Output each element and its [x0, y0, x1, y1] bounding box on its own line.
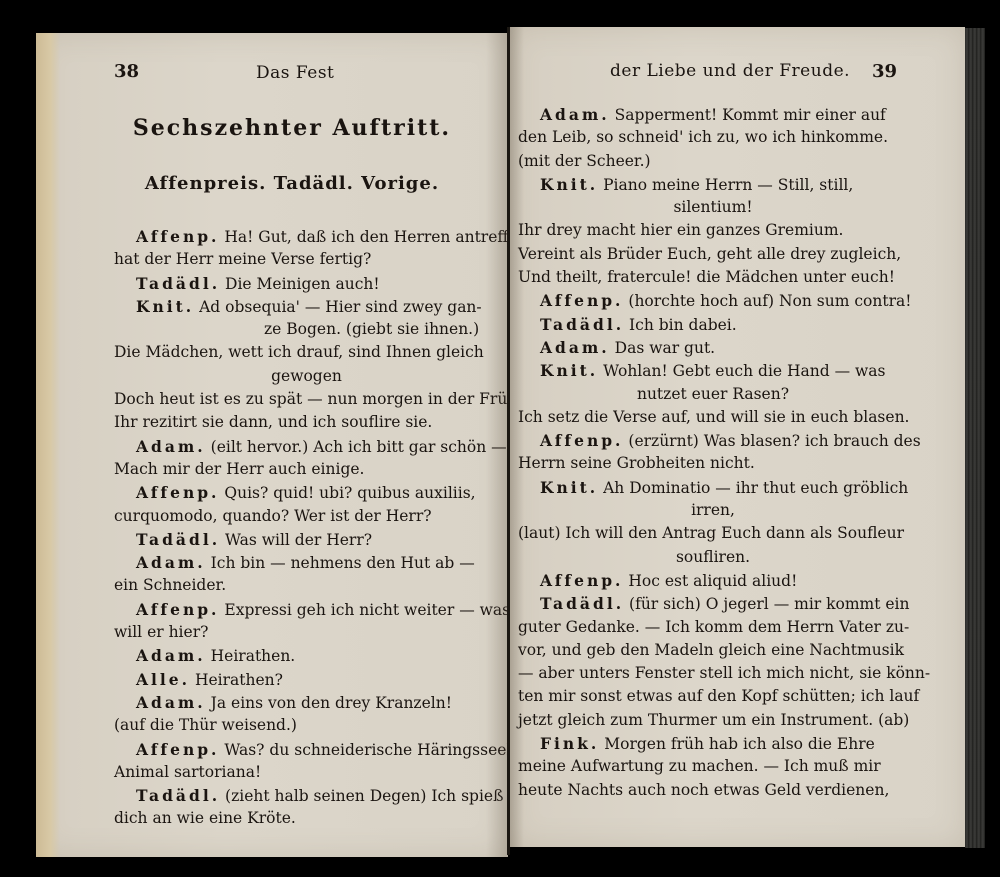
line-text: Was? du schneiderische Häringsseel!	[219, 741, 517, 759]
line-text: Ich bin — nehmens den Hut ab —	[206, 554, 475, 572]
text-line: Tadädl. Ich bin dabei.	[518, 313, 908, 336]
line-text: heute Nachts auch noch etwas Geld verdie…	[518, 781, 889, 799]
line-text: guter Gedanke. — Ich komm dem Herrn Vate…	[518, 618, 909, 636]
speaker-name: Knit.	[540, 175, 598, 194]
speaker-name: Adam.	[136, 437, 206, 456]
text-line: Adam. Sapperment! Kommt mir einer auf	[518, 103, 908, 126]
text-line: (mit der Scheer.)	[518, 150, 908, 173]
text-line: Ihr rezitirt sie dann, und ich souflire …	[114, 411, 499, 434]
line-text: irren,	[691, 501, 735, 519]
text-line: Die Mädchen, wett ich drauf, sind Ihnen …	[114, 341, 499, 364]
speaker-name: Alle.	[136, 670, 190, 689]
scene-title: Sechszehnter Auftritt.	[76, 115, 508, 141]
line-text: Ha! Gut, daß ich den Herren antreff,	[219, 228, 512, 246]
line-text: Ja eins von den drey Kranzeln!	[206, 694, 452, 712]
text-line: Affenp. Was? du schneiderische Häringsse…	[114, 738, 499, 761]
line-text: Wohlan! Gebt euch die Hand — was	[598, 362, 885, 380]
line-text: Heirathen?	[190, 671, 283, 689]
right-page: der Liebe und der Freude. 39 Adam. Sappe…	[510, 27, 965, 847]
text-line: Tadädl. (für sich) O jegerl — mir kommt …	[518, 592, 908, 615]
text-line: curquomodo, quando? Wer ist der Herr?	[114, 505, 499, 528]
line-text: (horchte hoch auf) Non sum contra!	[623, 292, 911, 310]
text-line: irren,	[518, 499, 908, 522]
text-line: Adam. Ich bin — nehmens den Hut ab —	[114, 551, 499, 574]
text-line: Adam. (eilt hervor.) Ach ich bitt gar sc…	[114, 435, 499, 458]
line-text: Heirathen.	[206, 647, 296, 665]
line-text: Expressi geh ich nicht weiter — was	[219, 601, 510, 619]
line-text: Ah Dominatio — ihr thut euch gröblich	[598, 479, 908, 497]
page-body: Affenp. Ha! Gut, daß ich den Herren antr…	[114, 225, 499, 831]
speaker-name: Tadädl.	[136, 274, 220, 293]
text-line: Doch heut ist es zu spät — nun morgen in…	[114, 388, 499, 411]
speaker-name: Affenp.	[136, 483, 219, 502]
line-text: hat der Herr meine Verse fertig?	[114, 250, 371, 268]
line-text: Sapperment! Kommt mir einer auf	[610, 106, 886, 124]
line-text: (zieht halb seinen Degen) Ich spieß	[220, 787, 503, 805]
text-line: Affenp. (erzürnt) Was blasen? ich brauch…	[518, 429, 908, 452]
line-text: Ad obsequia' — Hier sind zwey gan-	[194, 298, 481, 316]
speaker-name: Affenp.	[540, 431, 623, 450]
speaker-name: Knit.	[540, 478, 598, 497]
text-line: Tadädl. Was will der Herr?	[114, 528, 499, 551]
line-text: (eilt hervor.) Ach ich bitt gar schön —	[206, 438, 507, 456]
text-line: Adam. Heirathen.	[114, 644, 499, 667]
speaker-name: Tadädl.	[136, 786, 220, 805]
text-line: ten mir sonst etwas auf den Kopf schütte…	[518, 685, 908, 708]
line-text: Das war gut.	[610, 339, 715, 357]
text-line: Adam. Das war gut.	[518, 336, 908, 359]
text-line: Knit. Piano meine Herrn — Still, still,	[518, 173, 908, 196]
text-line: guter Gedanke. — Ich komm dem Herrn Vate…	[518, 616, 908, 639]
line-text: gewogen	[271, 367, 342, 385]
speaker-name: Affenp.	[540, 571, 623, 590]
speaker-name: Adam.	[136, 553, 206, 572]
line-text: vor, und geb den Madeln gleich eine Nach…	[518, 641, 904, 659]
line-text: Die Mädchen, wett ich drauf, sind Ihnen …	[114, 343, 484, 361]
text-line: nutzet euer Rasen?	[518, 383, 908, 406]
speaker-name: Adam.	[540, 105, 610, 124]
line-text: (mit der Scheer.)	[518, 152, 651, 170]
text-line: dich an wie eine Kröte.	[114, 807, 499, 830]
line-text: curquomodo, quando? Wer ist der Herr?	[114, 507, 432, 525]
line-text: ein Schneider.	[114, 576, 226, 594]
text-line: Mach mir der Herr auch einige.	[114, 458, 499, 481]
text-line: Knit. Ah Dominatio — ihr thut euch gröbl…	[518, 476, 908, 499]
line-text: Und theilt, fratercule! die Mädchen unte…	[518, 268, 895, 286]
line-text: Hoc est aliquid aliud!	[623, 572, 797, 590]
line-text: Ich setz die Verse auf, und will sie in …	[518, 408, 909, 426]
page-number: 39	[872, 61, 897, 82]
speaker-name: Adam.	[540, 338, 610, 357]
line-text: — aber unters Fenster stell ich mich nic…	[518, 664, 930, 682]
line-text: silentium!	[673, 198, 752, 216]
text-line: Ihr drey macht hier ein ganzes Gremium.	[518, 219, 908, 242]
book-edge	[965, 28, 985, 848]
line-text: dich an wie eine Kröte.	[114, 809, 296, 827]
text-line: — aber unters Fenster stell ich mich nic…	[518, 662, 908, 685]
text-line: Affenp. Quis? quid! ubi? quibus auxiliis…	[114, 481, 499, 504]
text-line: (laut) Ich will den Antrag Euch dann als…	[518, 522, 908, 545]
line-text: Ich bin dabei.	[624, 316, 737, 334]
page-body: Adam. Sapperment! Kommt mir einer aufden…	[518, 103, 908, 802]
speaker-name: Affenp.	[540, 291, 623, 310]
text-line: Tadädl. (zieht halb seinen Degen) Ich sp…	[114, 784, 499, 807]
line-text: nutzet euer Rasen?	[637, 385, 789, 403]
text-line: Vereint als Brüder Euch, geht alle drey …	[518, 243, 908, 266]
speaker-name: Affenp.	[136, 227, 219, 246]
text-line: Affenp. Ha! Gut, daß ich den Herren antr…	[114, 225, 499, 248]
speaker-name: Knit.	[136, 297, 194, 316]
text-line: Adam. Ja eins von den drey Kranzeln!	[114, 691, 499, 714]
line-text: (für sich) O jegerl — mir kommt ein	[624, 595, 909, 613]
text-line: silentium!	[518, 196, 908, 219]
text-line: Knit. Wohlan! Gebt euch die Hand — was	[518, 359, 908, 382]
speaker-name: Knit.	[540, 361, 598, 380]
line-text: Mach mir der Herr auch einige.	[114, 460, 364, 478]
speaker-name: Fink.	[540, 734, 599, 753]
line-text: Doch heut ist es zu spät — nun morgen in…	[114, 390, 522, 408]
speaker-name: Tadädl.	[540, 594, 624, 613]
text-line: Herrn seine Grobheiten nicht.	[518, 452, 908, 475]
text-line: ze Bogen. (giebt sie ihnen.)	[114, 318, 499, 341]
line-text: Quis? quid! ubi? quibus auxiliis,	[219, 484, 475, 502]
text-line: Animal sartoriana!	[114, 761, 499, 784]
text-line: Alle. Heirathen?	[114, 668, 499, 691]
speaker-name: Adam.	[136, 693, 206, 712]
text-line: ein Schneider.	[114, 574, 499, 597]
speaker-name: Tadädl.	[136, 530, 220, 549]
text-line: Fink. Morgen früh hab ich also die Ehre	[518, 732, 908, 755]
text-line: Ich setz die Verse auf, und will sie in …	[518, 406, 908, 429]
line-text: den Leib, so schneid' ich zu, wo ich hin…	[518, 128, 888, 146]
running-head: Das Fest	[256, 63, 334, 83]
text-line: heute Nachts auch noch etwas Geld verdie…	[518, 779, 908, 802]
speaker-name: Affenp.	[136, 740, 219, 759]
text-line: Affenp. Hoc est aliquid aliud!	[518, 569, 908, 592]
line-text: Herrn seine Grobheiten nicht.	[518, 454, 755, 472]
text-line: Knit. Ad obsequia' — Hier sind zwey gan-	[114, 295, 499, 318]
text-line: vor, und geb den Madeln gleich eine Nach…	[518, 639, 908, 662]
line-text: Was will der Herr?	[220, 531, 372, 549]
line-text: ten mir sonst etwas auf den Kopf schütte…	[518, 687, 919, 705]
text-line: jetzt gleich zum Thurmer um ein Instrume…	[518, 709, 908, 732]
text-line: (auf die Thür weisend.)	[114, 714, 499, 737]
line-text: ze Bogen. (giebt sie ihnen.)	[264, 320, 479, 338]
text-line: Affenp. Expressi geh ich nicht weiter — …	[114, 598, 499, 621]
text-line: hat der Herr meine Verse fertig?	[114, 248, 499, 271]
speaker-name: Adam.	[136, 646, 206, 665]
line-text: (erzürnt) Was blasen? ich brauch des	[623, 432, 920, 450]
text-line: will er hier?	[114, 621, 499, 644]
line-text: Morgen früh hab ich also die Ehre	[599, 735, 874, 753]
line-text: will er hier?	[114, 623, 208, 641]
line-text: soufliren.	[676, 548, 750, 566]
line-text: Ihr drey macht hier ein ganzes Gremium.	[518, 221, 843, 239]
speaker-name: Affenp.	[136, 600, 219, 619]
line-text: Piano meine Herrn — Still, still,	[598, 176, 853, 194]
line-text: Vereint als Brüder Euch, geht alle drey …	[518, 245, 901, 263]
speaker-name: Tadädl.	[540, 315, 624, 334]
text-line: Affenp. (horchte hoch auf) Non sum contr…	[518, 289, 908, 312]
line-text: meine Aufwartung zu machen. — Ich muß mi…	[518, 757, 881, 775]
line-text: Animal sartoriana!	[114, 763, 261, 781]
text-line: den Leib, so schneid' ich zu, wo ich hin…	[518, 126, 908, 149]
line-text: jetzt gleich zum Thurmer um ein Instrume…	[518, 711, 909, 729]
line-text: Ihr rezitirt sie dann, und ich souflire …	[114, 413, 432, 431]
text-line: Und theilt, fratercule! die Mädchen unte…	[518, 266, 908, 289]
text-line: gewogen	[114, 365, 499, 388]
line-text: (auf die Thür weisend.)	[114, 716, 297, 734]
text-line: meine Aufwartung zu machen. — Ich muß mi…	[518, 755, 908, 778]
left-page: 38 Das Fest Sechszehnter Auftritt. Affen…	[36, 33, 508, 857]
line-text: (laut) Ich will den Antrag Euch dann als…	[518, 524, 904, 542]
scene-characters: Affenpreis. Tadädl. Vorige.	[76, 173, 508, 194]
text-line: soufliren.	[518, 546, 908, 569]
line-text: Die Meinigen auch!	[220, 275, 379, 293]
text-line: Tadädl. Die Meinigen auch!	[114, 272, 499, 295]
page-number: 38	[114, 61, 139, 82]
running-head: der Liebe und der Freude.	[610, 61, 850, 81]
